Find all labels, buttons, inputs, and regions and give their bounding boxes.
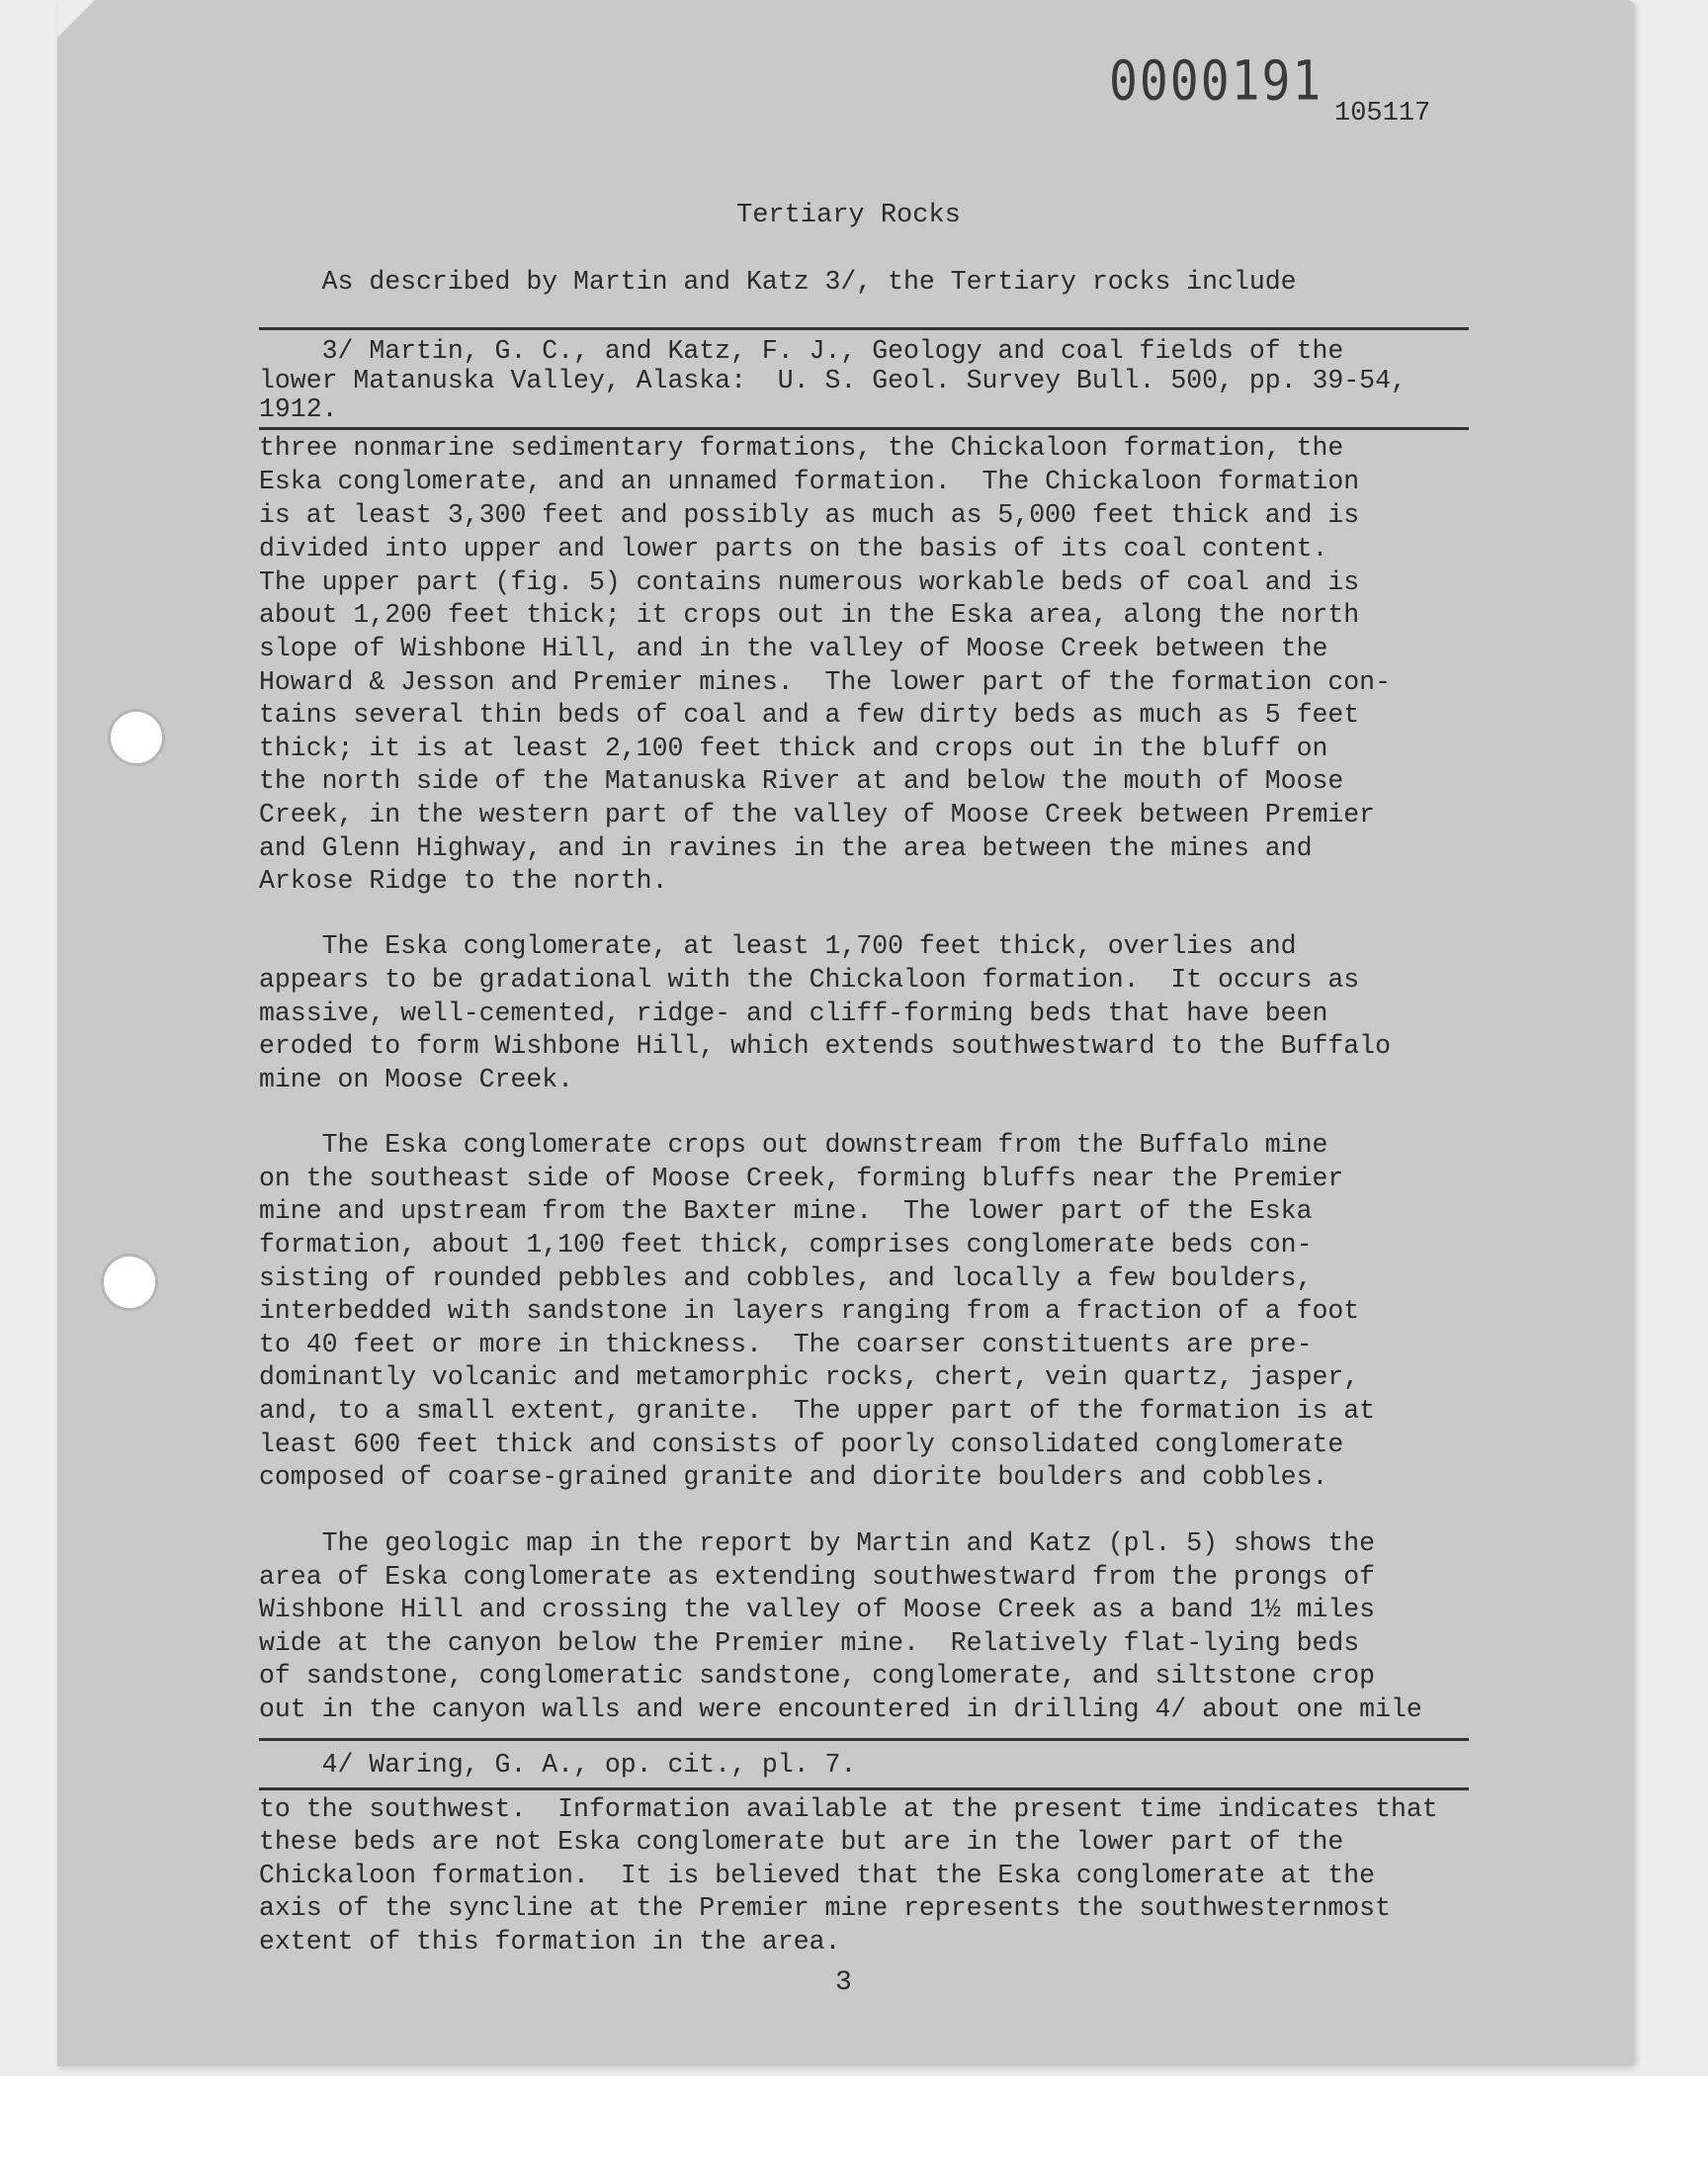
punch-hole-top	[111, 712, 162, 763]
footnote-4-line: 4/ Waring, G. A., op. cit., pl. 7.	[259, 1750, 856, 1780]
text-line: axis of the syncline at the Premier mine…	[259, 1893, 1391, 1923]
text-line: interbedded with sandstone in layers ran…	[259, 1296, 1359, 1326]
punch-hole-bottom	[104, 1257, 155, 1308]
page-number: 3	[835, 1967, 852, 1998]
text-line: divided into upper and lower parts on th…	[259, 534, 1327, 564]
text-line: and, to a small extent, granite. The upp…	[259, 1396, 1375, 1426]
text-line: of sandstone, conglomeratic sandstone, c…	[259, 1661, 1375, 1691]
text-line: Howard & Jesson and Premier mines. The l…	[259, 667, 1391, 697]
folded-corner	[57, 0, 95, 38]
stamp-number: 0000191	[1109, 49, 1323, 113]
intro-line: As described by Martin and Katz 3/, the …	[259, 267, 1297, 297]
text-line: out in the canyon walls and were encount…	[259, 1695, 1422, 1724]
text-line: The Eska conglomerate crops out downstre…	[259, 1130, 1327, 1160]
text-line: to 40 feet or more in thickness. The coa…	[259, 1330, 1312, 1359]
text-line: composed of coarse-grained granite and d…	[259, 1462, 1327, 1492]
text-line: The geologic map in the report by Martin…	[259, 1528, 1375, 1558]
text-line: Creek, in the western part of the valley…	[259, 800, 1375, 829]
text-line: The upper part (fig. 5) contains numerou…	[259, 567, 1359, 597]
text-line: dominantly volcanic and metamorphic rock…	[259, 1362, 1359, 1392]
document-number: 105117	[1334, 99, 1430, 129]
footnote-3-line: lower Matanuska Valley, Alaska: U. S. Ge…	[259, 366, 1407, 395]
text-line: least 600 feet thick and consists of poo…	[259, 1430, 1343, 1459]
text-line: on the southeast side of Moose Creek, fo…	[259, 1164, 1343, 1193]
text-line: these beds are not Eska conglomerate but…	[259, 1827, 1343, 1857]
text-line: appears to be gradational with the Chick…	[259, 965, 1359, 995]
text-line: Chickaloon formation. It is believed tha…	[259, 1861, 1375, 1890]
text-line: Eska conglomerate, and an unnamed format…	[259, 467, 1359, 496]
text-line: tains several thin beds of coal and a fe…	[259, 700, 1359, 730]
text-line: massive, well-cemented, ridge- and cliff…	[259, 999, 1327, 1028]
footnote-rule	[259, 427, 1469, 430]
text-line: wide at the canyon below the Premier min…	[259, 1628, 1359, 1658]
section-title: Tertiary Rocks	[736, 201, 961, 230]
text-line: sisting of rounded pebbles and cobbles, …	[259, 1263, 1312, 1293]
text-line: and Glenn Highway, and in ravines in the…	[259, 833, 1312, 863]
footnote-rule	[259, 1738, 1469, 1741]
text-line: slope of Wishbone Hill, and in the valle…	[259, 634, 1327, 663]
text-line: eroded to form Wishbone Hill, which exte…	[259, 1031, 1391, 1061]
text-line: extent of this formation in the area.	[259, 1927, 840, 1957]
text-line: three nonmarine sedimentary formations, …	[259, 433, 1343, 463]
text-line: to the southwest. Information available …	[259, 1794, 1438, 1824]
text-line: formation, about 1,100 feet thick, compr…	[259, 1230, 1312, 1260]
footnote-rule	[259, 327, 1469, 330]
text-line: Wishbone Hill and crossing the valley of…	[259, 1595, 1375, 1624]
text-line: Arkose Ridge to the north.	[259, 866, 667, 896]
text-line: about 1,200 feet thick; it crops out in …	[259, 600, 1359, 630]
text-line: thick; it is at least 2,100 feet thick a…	[259, 734, 1327, 763]
footnote-3-line: 1912.	[259, 394, 338, 424]
text-line: mine on Moose Creek.	[259, 1065, 573, 1094]
text-line: area of Eska conglomerate as extending s…	[259, 1562, 1375, 1592]
text-line: the north side of the Matanuska River at…	[259, 766, 1343, 796]
text-line: is at least 3,300 feet and possibly as m…	[259, 500, 1359, 530]
footnote-3-line: 3/ Martin, G. C., and Katz, F. J., Geolo…	[259, 336, 1343, 366]
text-line: mine and upstream from the Baxter mine. …	[259, 1196, 1312, 1226]
text-line: The Eska conglomerate, at least 1,700 fe…	[259, 931, 1297, 961]
footnote-rule	[259, 1787, 1469, 1790]
